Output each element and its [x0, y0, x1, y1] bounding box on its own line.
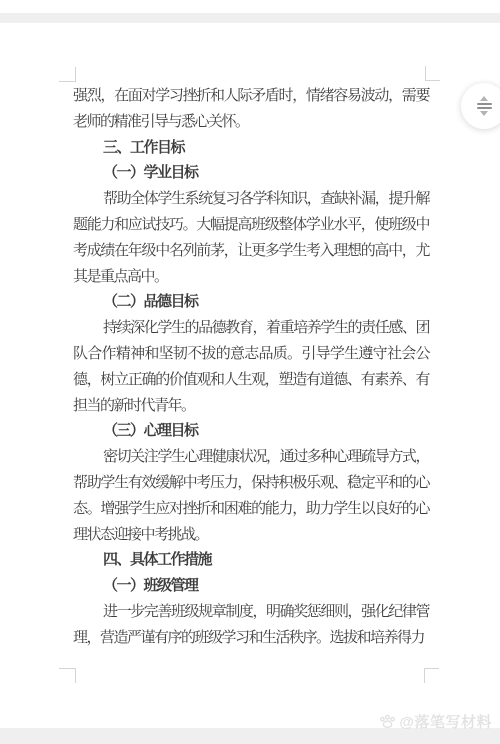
- sub-heading: （一）班级管理: [73, 573, 429, 599]
- page-corner-mark-bottom-left: [59, 668, 76, 683]
- paragraph: 进一步完善班级规章制度，明确奖惩细则，强化纪律管理，营造严谨有序的班级学习和生活…: [73, 599, 429, 651]
- page-corner-mark-top-right: [425, 66, 440, 81]
- section-heading: 四、具体工作措施: [73, 547, 429, 573]
- paragraph: 帮助全体学生系统复习各学科知识，查缺补漏，提升解题能力和应试技巧。大幅提高班级整…: [73, 186, 429, 289]
- page-corner-mark-bottom-right: [424, 668, 439, 683]
- paragraph: 密切关注学生心理健康状况，通过多种心理疏导方式，帮助学生有效缓解中考压力，保持积…: [73, 444, 429, 547]
- sub-heading: （三）心理目标: [73, 418, 429, 444]
- triangle-up-icon: [480, 96, 488, 101]
- grip-lines-icon: [477, 107, 492, 109]
- document-text-area: 强烈，在面对学习挫折和人际矛盾时，情绪容易波动，需要老师的精准引导与悉心关怀。 …: [73, 83, 429, 651]
- scroll-handle[interactable]: [461, 83, 500, 129]
- watermark-text: @落笔写材料: [399, 711, 492, 732]
- watermark: @落笔写材料: [0, 711, 492, 731]
- paragraph-continued: 强烈，在面对学习挫折和人际矛盾时，情绪容易波动，需要老师的精准引导与悉心关怀。: [73, 83, 429, 135]
- top-divider-strip: [0, 13, 500, 23]
- sub-heading: （一）学业目标: [73, 160, 429, 186]
- sub-heading: （二）品德目标: [73, 289, 429, 315]
- paragraph: 持续深化学生的品德教育，着重培养学生的责任感、团队合作精神和坚韧不拔的意志品质。…: [73, 315, 429, 418]
- grip-lines-icon: [477, 103, 492, 105]
- triangle-down-icon: [480, 111, 488, 116]
- section-heading: 三、工作目标: [73, 135, 429, 161]
- page-corner-mark-top-left: [59, 67, 76, 82]
- paw-logo-icon: [379, 713, 396, 729]
